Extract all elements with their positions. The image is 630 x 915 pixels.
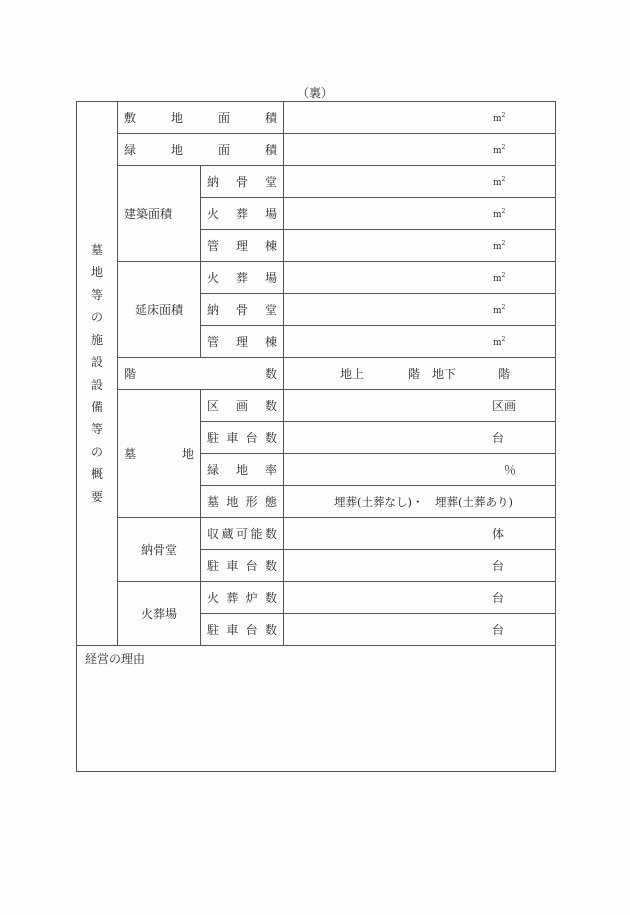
- label-char: 地: [236, 461, 248, 478]
- label-char: 駐: [207, 429, 219, 446]
- unit-m2: m2: [493, 176, 505, 188]
- group-label: 建築面積: [124, 205, 172, 222]
- above-ground-label: 地上: [340, 365, 364, 382]
- heading-char: の: [91, 441, 103, 463]
- label-char: 数: [265, 429, 277, 446]
- below-ground-unit: 階: [498, 365, 510, 382]
- floors-label: 階 数: [118, 358, 284, 390]
- unit-m2: m2: [493, 336, 505, 348]
- label-char: 駐: [207, 621, 219, 638]
- label-char: 数: [265, 365, 277, 382]
- heading-char: 施: [91, 329, 103, 351]
- heading-char: 要: [91, 486, 103, 508]
- label-char: 堂: [265, 301, 277, 318]
- label-char: 棟: [265, 237, 277, 254]
- building-area-management-label: 管 理 棟: [201, 230, 284, 262]
- cemetery-type-label: 墓 地 形 態: [201, 486, 284, 518]
- label-char: 緑: [124, 141, 136, 158]
- label-char: 階: [124, 365, 136, 382]
- cemetery-plots-label: 区 画 数: [201, 390, 284, 422]
- label-char: 面: [218, 109, 230, 126]
- ossuary-parking-input[interactable]: 台: [284, 550, 555, 582]
- unit-units: 台: [492, 589, 504, 606]
- cemetery-group-label: 墓 地: [118, 390, 201, 518]
- group-label: 納骨堂: [141, 541, 177, 558]
- unit-vehicles: 台: [492, 557, 504, 574]
- floor-area-ossuary-label: 納 骨 堂: [201, 294, 284, 326]
- ossuary-parking-label: 駐 車 台 数: [201, 550, 284, 582]
- heading-char: 等: [91, 418, 103, 440]
- label-char: 率: [265, 461, 277, 478]
- site-area-input[interactable]: m2: [284, 102, 555, 134]
- unit-m2: m2: [493, 112, 505, 124]
- heading-char: 設: [91, 351, 103, 373]
- above-ground-unit: 階: [408, 365, 420, 382]
- label-char: 地: [226, 493, 238, 510]
- label-char: 台: [246, 557, 258, 574]
- label-char: 理: [236, 333, 248, 350]
- unit-m2: m2: [493, 208, 505, 220]
- label-char: 形: [246, 493, 258, 510]
- vertical-heading: 墓 地 等 の 施 設 設 備 等 の 概 要: [77, 102, 118, 645]
- label-char: 数: [265, 525, 277, 542]
- label-char: 骨: [236, 173, 248, 190]
- label-char: 地: [171, 141, 183, 158]
- label-char: 火: [207, 589, 219, 606]
- label-char: 積: [265, 109, 277, 126]
- label-char: 葬: [236, 269, 248, 286]
- label-char: 車: [226, 621, 238, 638]
- group-label: 延床面積: [135, 301, 183, 318]
- burial-type-choice[interactable]: 埋葬(土葬なし)・ 埋葬(土葬あり): [284, 494, 555, 510]
- label-char: 墓: [124, 445, 136, 462]
- label-char: 棟: [265, 333, 277, 350]
- page-title: （裏）: [0, 84, 630, 101]
- label-char: 蔵: [221, 525, 233, 542]
- unit-bodies: 体: [492, 525, 504, 542]
- heading-char: 墓: [91, 239, 103, 261]
- label-char: 地: [171, 109, 183, 126]
- label-char: 台: [246, 429, 258, 446]
- label-char: 画: [236, 397, 248, 414]
- label-char: 堂: [265, 173, 277, 190]
- floor-area-crematorium-input[interactable]: m2: [284, 262, 555, 294]
- building-area-crematorium-label: 火 葬 場: [201, 198, 284, 230]
- crematorium-parking-input[interactable]: 台: [284, 614, 555, 645]
- heading-char: 等: [91, 284, 103, 306]
- management-reason-label: 経営の理由: [85, 650, 145, 667]
- label-char: 場: [265, 205, 277, 222]
- floors-input[interactable]: 地上 階 地下 階: [284, 358, 555, 390]
- group-label: 火葬場: [141, 605, 177, 622]
- label-char: 葬: [236, 205, 248, 222]
- building-area-group-label: 建築面積: [118, 166, 201, 262]
- management-reason-box[interactable]: 経営の理由: [76, 645, 556, 772]
- label-char: 区: [207, 397, 219, 414]
- label-char: 管: [207, 237, 219, 254]
- label-char: 数: [265, 621, 277, 638]
- cemetery-green-ratio-label: 緑 地 率: [201, 454, 284, 486]
- unit-vehicles: 台: [492, 621, 504, 638]
- label-char: 敷: [124, 109, 136, 126]
- floor-area-management-input[interactable]: m2: [284, 326, 555, 358]
- ossuary-capacity-label: 収 蔵 可 能 数: [201, 518, 284, 550]
- unit-plots: 区画: [492, 397, 516, 414]
- label-char: 火: [207, 205, 219, 222]
- heading-char: 地: [91, 261, 103, 283]
- unit-vehicles: 台: [492, 429, 504, 446]
- building-area-ossuary-label: 納 骨 堂: [201, 166, 284, 198]
- floor-area-group-label: 延床面積: [118, 262, 201, 358]
- ossuary-group-label: 納骨堂: [118, 518, 201, 582]
- label-char: 収: [207, 525, 219, 542]
- label-char: 納: [207, 301, 219, 318]
- label-char: 数: [265, 397, 277, 414]
- building-area-management-input[interactable]: m2: [284, 230, 555, 262]
- label-char: 数: [265, 557, 277, 574]
- label-char: 葬: [226, 589, 238, 606]
- label-char: 駐: [207, 557, 219, 574]
- label-char: 可: [236, 525, 248, 542]
- label-char: 緑: [207, 461, 219, 478]
- label-char: 理: [236, 237, 248, 254]
- unit-m2: m2: [493, 240, 505, 252]
- green-area-label: 緑 地 面 積: [118, 134, 284, 166]
- cemetery-type-options[interactable]: 埋葬(土葬なし)・ 埋葬(土葬あり): [284, 486, 555, 518]
- facility-overview-table: 墓 地 等 の 施 設 設 備 等 の 概 要 敷 地 面 積 m2 緑 地 面…: [76, 101, 556, 646]
- heading-char: 設: [91, 374, 103, 396]
- label-char: 面: [218, 141, 230, 158]
- unit-m2: m2: [493, 144, 505, 156]
- green-area-input[interactable]: m2: [284, 134, 555, 166]
- heading-char: の: [91, 306, 103, 328]
- cemetery-parking-label: 駐 車 台 数: [201, 422, 284, 454]
- label-char: 態: [265, 493, 277, 510]
- heading-char: 備: [91, 396, 103, 418]
- building-area-ossuary-input[interactable]: m2: [284, 166, 555, 198]
- label-char: 車: [226, 557, 238, 574]
- unit-m2: m2: [493, 304, 505, 316]
- label-char: 能: [250, 525, 262, 542]
- floor-area-management-label: 管 理 棟: [201, 326, 284, 358]
- heading-char: 概: [91, 463, 103, 485]
- label-char: 積: [265, 141, 277, 158]
- cemetery-plots-input[interactable]: 区画: [284, 390, 555, 422]
- unit-percent: ％: [504, 461, 516, 478]
- crematorium-furnaces-input[interactable]: 台: [284, 582, 555, 614]
- label-char: 墓: [207, 493, 219, 510]
- label-char: 場: [265, 269, 277, 286]
- label-char: 火: [207, 269, 219, 286]
- label-char: 骨: [236, 301, 248, 318]
- crematorium-furnaces-label: 火 葬 炉 数: [201, 582, 284, 614]
- ossuary-capacity-input[interactable]: 体: [284, 518, 555, 550]
- below-ground-label: 地下: [432, 365, 456, 382]
- crematorium-group-label: 火葬場: [118, 582, 201, 645]
- building-area-crematorium-input[interactable]: m2: [284, 198, 555, 230]
- label-char: 納: [207, 173, 219, 190]
- crematorium-parking-label: 駐 車 台 数: [201, 614, 284, 645]
- unit-m2: m2: [493, 272, 505, 284]
- label-char: 車: [226, 429, 238, 446]
- floor-area-crematorium-label: 火 葬 場: [201, 262, 284, 294]
- cemetery-parking-input[interactable]: 台: [284, 422, 555, 454]
- site-area-label: 敷 地 面 積: [118, 102, 284, 134]
- label-char: 地: [182, 445, 194, 462]
- label-char: 炉: [246, 589, 258, 606]
- label-char: 台: [246, 621, 258, 638]
- label-char: 管: [207, 333, 219, 350]
- cemetery-green-ratio-input[interactable]: ％: [284, 454, 555, 486]
- floor-area-ossuary-input[interactable]: m2: [284, 294, 555, 326]
- label-char: 数: [265, 589, 277, 606]
